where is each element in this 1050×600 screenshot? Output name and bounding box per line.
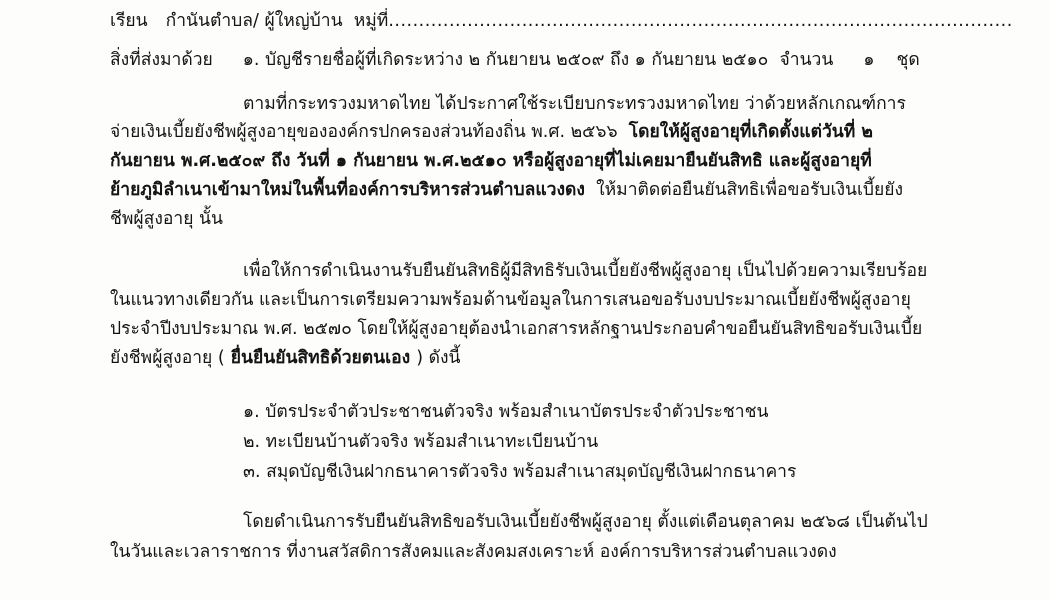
para1-line2-normal: จ่ายเงินเบี้ยยังชีพผู้สูงอายุขององค์กรปก… [110, 122, 618, 142]
para2-line3: ประจำปีงบประมาณ พ.ศ. ๒๕๗๐ โดยให้ผู้สูงอา… [110, 317, 922, 341]
para2-line4-bold: ยื่นยืนยันสิทธิด้วยตนเอง [225, 348, 417, 368]
para1-line4: ย้ายภูมิลำเนาเข้ามาใหม่ในพื้นที่องค์การบ… [110, 178, 903, 202]
requirement-item-3: ๓. สมุดบัญชีเงินฝากธนาคารตัวจริง พร้อมสำ… [243, 460, 796, 484]
para1-line4-bold: ย้ายภูมิลำเนาเข้ามาใหม่ในพื้นที่องค์การบ… [110, 180, 585, 200]
para2-line2: ในแนวทางเดียวกัน และเป็นการเตรียมความพร้… [110, 288, 911, 312]
salutation-recipient: กำนันตำบล/ ผู้ใหญ่บ้าน [166, 11, 343, 31]
para2-line4-pre: ยังชีพผู้สูงอายุ ( [110, 348, 225, 368]
salutation-label: เรียน [110, 11, 148, 31]
para2-line1: เพื่อให้การดำเนินงานรับยืนยันสิทธิผู้มีส… [243, 259, 927, 283]
enclosure-label: สิ่งที่ส่งมาด้วย [110, 50, 213, 70]
para1-line5: ชีพผู้สูงอายุ นั้น [110, 207, 223, 231]
enclosure-line: สิ่งที่ส่งมาด้วย๑. บัญชีรายชื่อผู้ที่เกิ… [110, 48, 920, 72]
enclosure-item: ๑. บัญชีรายชื่อผู้ที่เกิดระหว่าง ๒ กันยา… [243, 50, 769, 70]
salutation-village: หมู่ที่ [354, 11, 389, 31]
salutation-line: เรียนกำนันตำบล/ ผู้ใหญ่บ้าน หมู่ที่.....… [110, 9, 1013, 33]
salutation-fill-dots: ........................................… [388, 11, 1012, 31]
requirement-item-2: ๒. ทะเบียนบ้านตัวจริง พร้อมสำเนาทะเบียนบ… [243, 430, 598, 454]
enclosure-qty: ๑ [863, 50, 874, 70]
para2-line4-post: ) ดังนี้ [416, 348, 460, 368]
para2-line4: ยังชีพผู้สูงอายุ ( ยื่นยืนยันสิทธิด้วยตน… [110, 346, 461, 370]
para1-line4-normal: ให้มาติดต่อยืนยันสิทธิเพื่อขอรับเงินเบี้… [596, 180, 903, 200]
document-page: เรียนกำนันตำบล/ ผู้ใหญ่บ้าน หมู่ที่.....… [0, 0, 1050, 600]
para1-line3: กันยายน พ.ศ.๒๕๐๙ ถึง วันที่ ๑ กันยายน พ.… [110, 149, 872, 173]
para3-line1: โดยดำเนินการรับยืนยันสิทธิขอรับเงินเบี้ย… [243, 510, 928, 534]
para3-line2: ในวันและเวลาราชการ ที่งานสวัสดิการสังคมแ… [110, 540, 837, 564]
enclosure-qty-label: จำนวน [779, 50, 833, 70]
requirement-item-1: ๑. บัตรประจำตัวประชาชนตัวจริง พร้อมสำเนา… [243, 400, 768, 424]
para1-line2-bold: โดยให้ผู้สูงอายุที่เกิดตั้งแต่วันที่ ๒ [629, 122, 873, 142]
para1-line2: จ่ายเงินเบี้ยยังชีพผู้สูงอายุขององค์กรปก… [110, 120, 873, 144]
para1-line1: ตามที่กระทรวงมหาดไทย ได้ประกาศใช้ระเบียบ… [243, 92, 906, 116]
enclosure-unit: ชุด [896, 50, 919, 70]
